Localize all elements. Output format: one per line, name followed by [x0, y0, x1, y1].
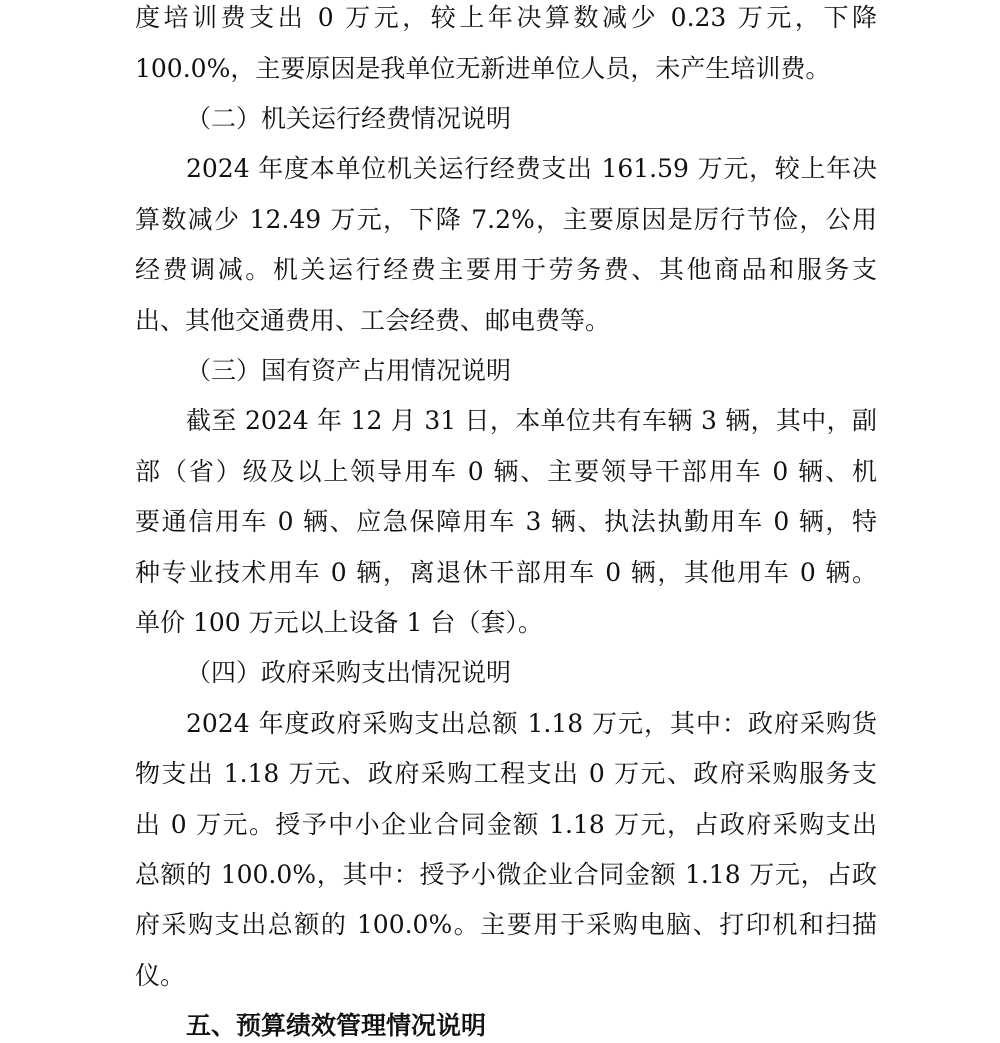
- paragraph-line: 2024 年度政府采购支出总额 1.18 万元，其中：政府采购货: [186, 709, 877, 739]
- paragraph-line: 出、其他交通费用、工会经费、邮电费等。: [135, 306, 877, 336]
- section-heading-performance-management: 五、预算绩效管理情况说明: [186, 1011, 486, 1041]
- paragraph-line: 种专业技术用车 0 辆，离退休干部用车 0 辆，其他用车 0 辆。: [135, 558, 877, 588]
- paragraph-line: 截至 2024 年 12 月 31 日，本单位共有车辆 3 辆，其中，副: [186, 406, 877, 436]
- paragraph-line: 100.0%，主要原因是我单位无新进单位人员，未产生培训费。: [135, 54, 877, 84]
- paragraph-line: 单价 100 万元以上设备 1 台（套）。: [135, 608, 877, 638]
- paragraph-line: 出 0 万元。授予中小企业合同金额 1.18 万元，占政府采购支出: [135, 810, 877, 840]
- paragraph-line: 要通信用车 0 辆、应急保障用车 3 辆、执法执勤用车 0 辆，特: [135, 507, 877, 537]
- paragraph-line: 经费调减。机关运行经费主要用于劳务费、其他商品和服务支: [135, 255, 877, 285]
- subsection-title-procurement: （四）政府采购支出情况说明: [186, 658, 511, 688]
- paragraph-line: 总额的 100.0%，其中：授予小微企业合同金额 1.18 万元，占政: [135, 860, 877, 890]
- subsection-title-state-assets: （三）国有资产占用情况说明: [186, 356, 511, 386]
- document-page: 度培训费支出 0 万元，较上年决算数减少 0.23 万元，下降 100.0%，主…: [0, 0, 1000, 1043]
- paragraph-line: 府采购支出总额的 100.0%。主要用于采购电脑、打印机和扫描: [135, 910, 877, 940]
- paragraph-line: 度培训费支出 0 万元，较上年决算数减少 0.23 万元，下降: [135, 3, 877, 33]
- paragraph-line: 仪。: [135, 961, 877, 991]
- subsection-title-operating-expenses: （二）机关运行经费情况说明: [186, 104, 511, 134]
- paragraph-line: 部（省）级及以上领导用车 0 辆、主要领导干部用车 0 辆、机: [135, 457, 877, 487]
- paragraph-line: 算数减少 12.49 万元，下降 7.2%，主要原因是厉行节俭，公用: [135, 205, 877, 235]
- paragraph-line: 物支出 1.18 万元、政府采购工程支出 0 万元、政府采购服务支: [135, 759, 877, 789]
- paragraph-line: 2024 年度本单位机关运行经费支出 161.59 万元，较上年决: [186, 154, 877, 184]
